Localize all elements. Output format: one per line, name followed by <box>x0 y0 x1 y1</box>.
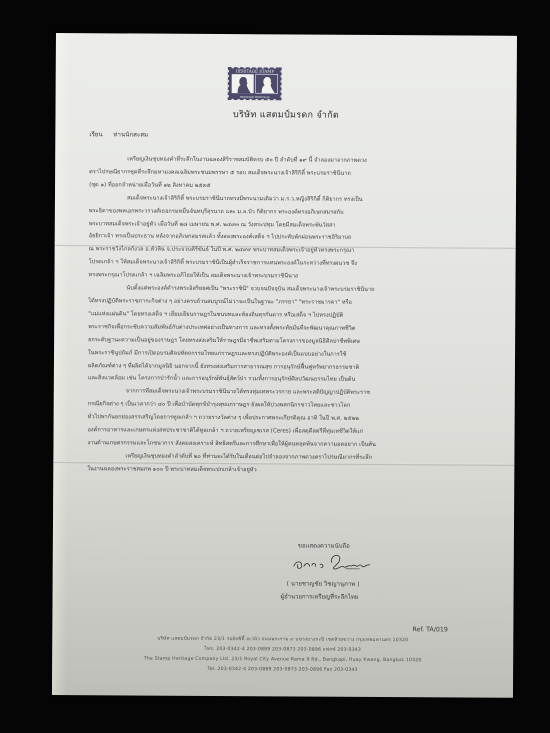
letter-body: เหรียญเงินชุบทองคำที่ระลึกในงานฉลองสิริร… <box>87 153 489 478</box>
reference-number: Ref. TA/019 <box>412 626 448 633</box>
letterhead-footer: บริษัท แสตมป์มรดก จำกัด 23/1 รอยัลซิตี้ … <box>52 634 513 677</box>
text-line: ทรงพระกรุณาโปรดเกล้า ฯ เฉลิมพระอภิไธยให้… <box>50 269 488 285</box>
closing-phrase: ขอแสดงความนับถือ <box>298 540 350 550</box>
svg-text:HERITAGE HERITAGE: HERITAGE HERITAGE <box>240 95 270 99</box>
signature <box>290 550 390 575</box>
salutation-label: เรียน <box>89 129 111 139</box>
footer-phone-en: Tel. 203-0342-4 203-0889 203-0873 203-08… <box>52 664 513 677</box>
salutation: เรียน ท่านนักสะสม <box>89 129 148 139</box>
paragraph: นับตั้งแต่พระองค์ดำรงพระอิสริยยศเป็น "พร… <box>88 282 489 388</box>
signer-name: ( นายชาญชัย วิชญานุภาพ ) <box>287 578 360 588</box>
text-line: ในงานฉลองพระราชสมภพ ๑๐๐ ปี พระบาทสมเด็จพ… <box>49 463 487 479</box>
svg-text:HERITAGE STAMP: HERITAGE STAMP <box>235 68 274 73</box>
signer-title: ผู้อำนวยการเหรียญที่ระลึกไทย <box>281 591 359 601</box>
text-line: งานด้านเกษตรกรรมและโภชนาการ สังคมสงเคราะ… <box>49 437 487 453</box>
paragraph: เหรียญเงินชุบทองคำที่ระลึกในงานฉลองสิริร… <box>89 153 489 194</box>
letter-paper: HERITAGE STAMP HERITAGE HERITAGE บริษัท … <box>52 33 517 698</box>
stamp-heritage-logo: HERITAGE STAMP HERITAGE HERITAGE <box>228 67 282 100</box>
paragraph: จากการที่สมเด็จพระนางเจ้าพระบรมราชินีนาถ… <box>87 386 487 453</box>
salutation-recipient: ท่านนักสะสม <box>113 131 148 138</box>
company-name: บริษัท แสตมป์มรดก จำกัด <box>55 106 516 123</box>
paragraph: เหรียญเงินชุบทองคำลำดับที่ ๒๐ ที่ท่านจะไ… <box>87 450 487 478</box>
paragraph: สมเด็จพระนางเจ้าสิริกิติ์ พระบรมราชินีนา… <box>88 192 489 285</box>
text-line: (ชุด ๑) ที่ออกจำหน่ายเมื่อวันที่ ๑๒ สิงห… <box>51 179 489 195</box>
